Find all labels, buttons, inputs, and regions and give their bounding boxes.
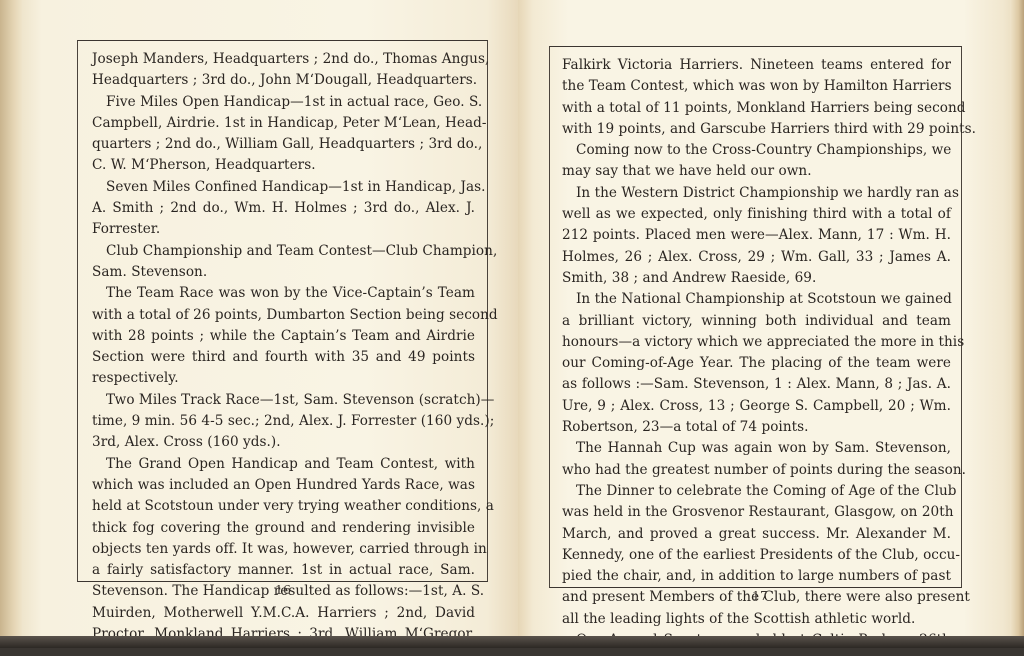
text-line: C. W. M‘Pherson, Headquarters. [92, 155, 475, 176]
text-line: Smith, 38 ; and Andrew Raeside, 69. [562, 268, 951, 289]
text-line: The Team Race was won by the Vice-Captai… [92, 283, 475, 304]
text-line: thick fog covering the ground and render… [92, 518, 475, 539]
text-line: Coming now to the Cross-Country Champion… [562, 140, 951, 161]
text-line: The Dinner to celebrate the Coming of Ag… [562, 481, 951, 502]
text-line: The Hannah Cup was again won by Sam. Ste… [562, 438, 951, 459]
text-line: Kennedy, one of the earliest Presidents … [562, 545, 951, 566]
text-line: Muirden, Motherwell Y.M.C.A. Harriers ; … [92, 603, 475, 624]
text-line: a fairly satisfactory manner. 1st in act… [92, 560, 475, 581]
text-line: Joseph Manders, Headquarters ; 2nd do., … [92, 49, 475, 70]
text-line: who had the greatest number of points du… [562, 460, 951, 481]
page-number-left: 16 [253, 582, 313, 597]
text-line: Forrester. [92, 219, 475, 240]
text-line: Seven Miles Confined Handicap—1st in Han… [92, 177, 475, 198]
text-line: honours—a victory which we appreciated t… [562, 332, 951, 353]
text-line: the Team Contest, which was won by Hamil… [562, 76, 951, 97]
right-page: Falkirk Victoria Harriers. Nineteen team… [518, 0, 1024, 646]
text-line: 212 points. Placed men were—Alex. Mann, … [562, 225, 951, 246]
text-line: all the leading lights of the Scottish a… [562, 609, 951, 630]
text-line: quarters ; 2nd do., William Gall, Headqu… [92, 134, 475, 155]
text-line: with a total of 11 points, Monkland Harr… [562, 98, 951, 119]
text-line: Headquarters ; 3rd do., John M‘Dougall, … [92, 70, 475, 91]
text-line: may say that we have held our own. [562, 161, 951, 182]
text-line: Falkirk Victoria Harriers. Nineteen team… [562, 55, 951, 76]
right-page-text-frame: Falkirk Victoria Harriers. Nineteen team… [549, 46, 962, 588]
text-line: which was included an Open Hundred Yards… [92, 475, 475, 496]
text-line: held at Scotstoun under very trying weat… [92, 496, 475, 517]
text-line: as follows :—Sam. Stevenson, 1 : Alex. M… [562, 374, 951, 395]
text-line: a brilliant victory, winning both indivi… [562, 311, 951, 332]
text-line: Ure, 9 ; Alex. Cross, 13 ; George S. Cam… [562, 396, 951, 417]
text-line: Club Championship and Team Contest—Club … [92, 241, 475, 262]
text-line: with a total of 26 points, Dumbarton Sec… [92, 305, 475, 326]
left-page: Joseph Manders, Headquarters ; 2nd do., … [0, 0, 518, 646]
text-line: objects ten yards off. It was, however, … [92, 539, 475, 560]
text-line: March, and proved a great success. Mr. A… [562, 524, 951, 545]
text-line: time, 9 min. 56 4-5 sec.; 2nd, Alex. J. … [92, 411, 475, 432]
text-line: Five Miles Open Handicap—1st in actual r… [92, 92, 475, 113]
book-bottom-shadow [0, 636, 1024, 648]
text-line: Sam. Stevenson. [92, 262, 475, 283]
text-line: Two Miles Track Race—1st, Sam. Stevenson… [92, 390, 475, 411]
text-line: 3rd, Alex. Cross (160 yds.). [92, 432, 475, 453]
book-spread: Joseph Manders, Headquarters ; 2nd do., … [0, 0, 1024, 648]
text-line: Campbell, Airdrie. 1st in Handicap, Pete… [92, 113, 475, 134]
left-page-text-frame: Joseph Manders, Headquarters ; 2nd do., … [77, 40, 488, 582]
text-line: Section were third and fourth with 35 an… [92, 347, 475, 368]
text-line: Robertson, 23—a total of 74 points. [562, 417, 951, 438]
text-line: with 19 points, and Garscube Harriers th… [562, 119, 951, 140]
text-line: pied the chair, and, in addition to larg… [562, 566, 951, 587]
text-line: was held in the Grosvenor Restaurant, Gl… [562, 502, 951, 523]
text-line: our Coming-of-Age Year. The placing of t… [562, 353, 951, 374]
text-line: with 28 points ; while the Captain’s Tea… [92, 326, 475, 347]
page-edge-right [1010, 0, 1024, 646]
text-line: The Grand Open Handicap and Team Contest… [92, 454, 475, 475]
text-line: respectively. [92, 368, 475, 389]
page-number-right: 17 [730, 588, 790, 603]
text-line: A. Smith ; 2nd do., Wm. H. Holmes ; 3rd … [92, 198, 475, 219]
text-line: Holmes, 26 ; Alex. Cross, 29 ; Wm. Gall,… [562, 247, 951, 268]
page-edge-left [0, 0, 22, 646]
text-line: In the National Championship at Scotstou… [562, 289, 951, 310]
text-line: In the Western District Championship we … [562, 183, 951, 204]
text-line: well as we expected, only finishing thir… [562, 204, 951, 225]
